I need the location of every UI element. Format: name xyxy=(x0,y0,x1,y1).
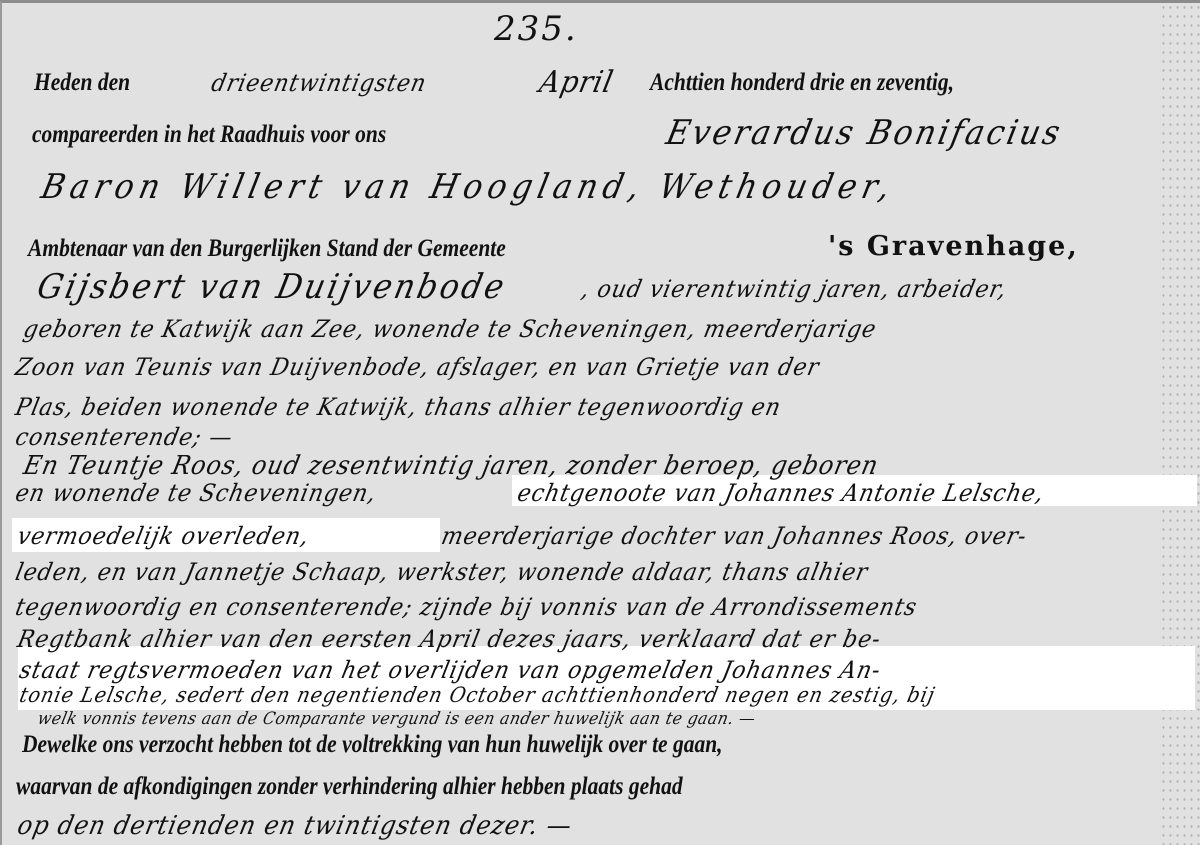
handwritten-text: op den dertienden en twintigsten dezer. … xyxy=(15,811,575,841)
handwritten-bride-intro: En Teuntje Roos, oud zesentwintig jaren,… xyxy=(21,451,882,481)
handwritten-text: , oud vierentwintig jaren, arbeider, xyxy=(579,275,1010,303)
handwritten-date-day: drieentwintigsten xyxy=(209,69,429,97)
handwritten-groom-name: Gijsbert van Duijvenbode xyxy=(34,267,511,307)
handwritten-text: consenterende; — xyxy=(13,423,236,451)
register-page: 235. Heden den drieentwintigsten April A… xyxy=(0,0,1200,845)
printed-text: waarvan de afkondigingen zonder verhinde… xyxy=(16,773,683,801)
handwritten-text: en wonende te Scheveningen, xyxy=(13,479,379,507)
handwritten-official-title: Baron Willert van Hoogland, Wethouder, xyxy=(38,167,899,207)
printed-text: Dewelke ons verzocht hebben tot de voltr… xyxy=(22,731,723,759)
printed-text: Ambtenaar van den Burgerlijken Stand der… xyxy=(28,235,506,263)
highlighted-text: staat regtsvermoeden van het overlijden … xyxy=(17,656,884,684)
printed-year: Achttien honderd drie en zeventig, xyxy=(650,69,954,97)
line-1: Heden den xyxy=(34,69,172,97)
printed-municipality: 's Gravenhage, xyxy=(828,231,1079,262)
page-number: 235. xyxy=(494,9,578,49)
handwritten-text: leden, en van Jannetje Schaap, werkster,… xyxy=(13,558,871,586)
handwritten-text: tegenwoordig en consenterende; zijnde bi… xyxy=(13,593,920,621)
handwritten-text: meerderjarige dochter van Johannes Roos,… xyxy=(439,522,1030,550)
scan-noise-edge xyxy=(1160,3,1200,845)
handwritten-date-month: April xyxy=(536,65,616,100)
highlighted-text: vermoedelijk overleden, xyxy=(15,522,312,550)
printed-text: Heden den xyxy=(34,69,130,97)
interlinear-text: welk vonnis tevens aan de Comparante ver… xyxy=(36,709,758,729)
handwritten-text: Regtbank alhier van den eersten April de… xyxy=(15,625,884,653)
highlighted-text: echtgenoote van Johannes Antonie Lelsche… xyxy=(515,479,1047,507)
handwritten-official-name: Everardus Bonifacius xyxy=(663,113,1066,153)
handwritten-text: geboren te Katwijk aan Zee, wonende te S… xyxy=(21,315,879,343)
handwritten-text: Plas, beiden wonende te Katwijk, thans a… xyxy=(13,393,784,421)
printed-text: compareerden in het Raadhuis voor ons xyxy=(32,121,386,149)
highlighted-text: tonie Lelsche, sedert den negentienden O… xyxy=(17,683,937,707)
handwritten-text: Zoon van Teunis van Duijvenbode, afslage… xyxy=(13,353,822,381)
